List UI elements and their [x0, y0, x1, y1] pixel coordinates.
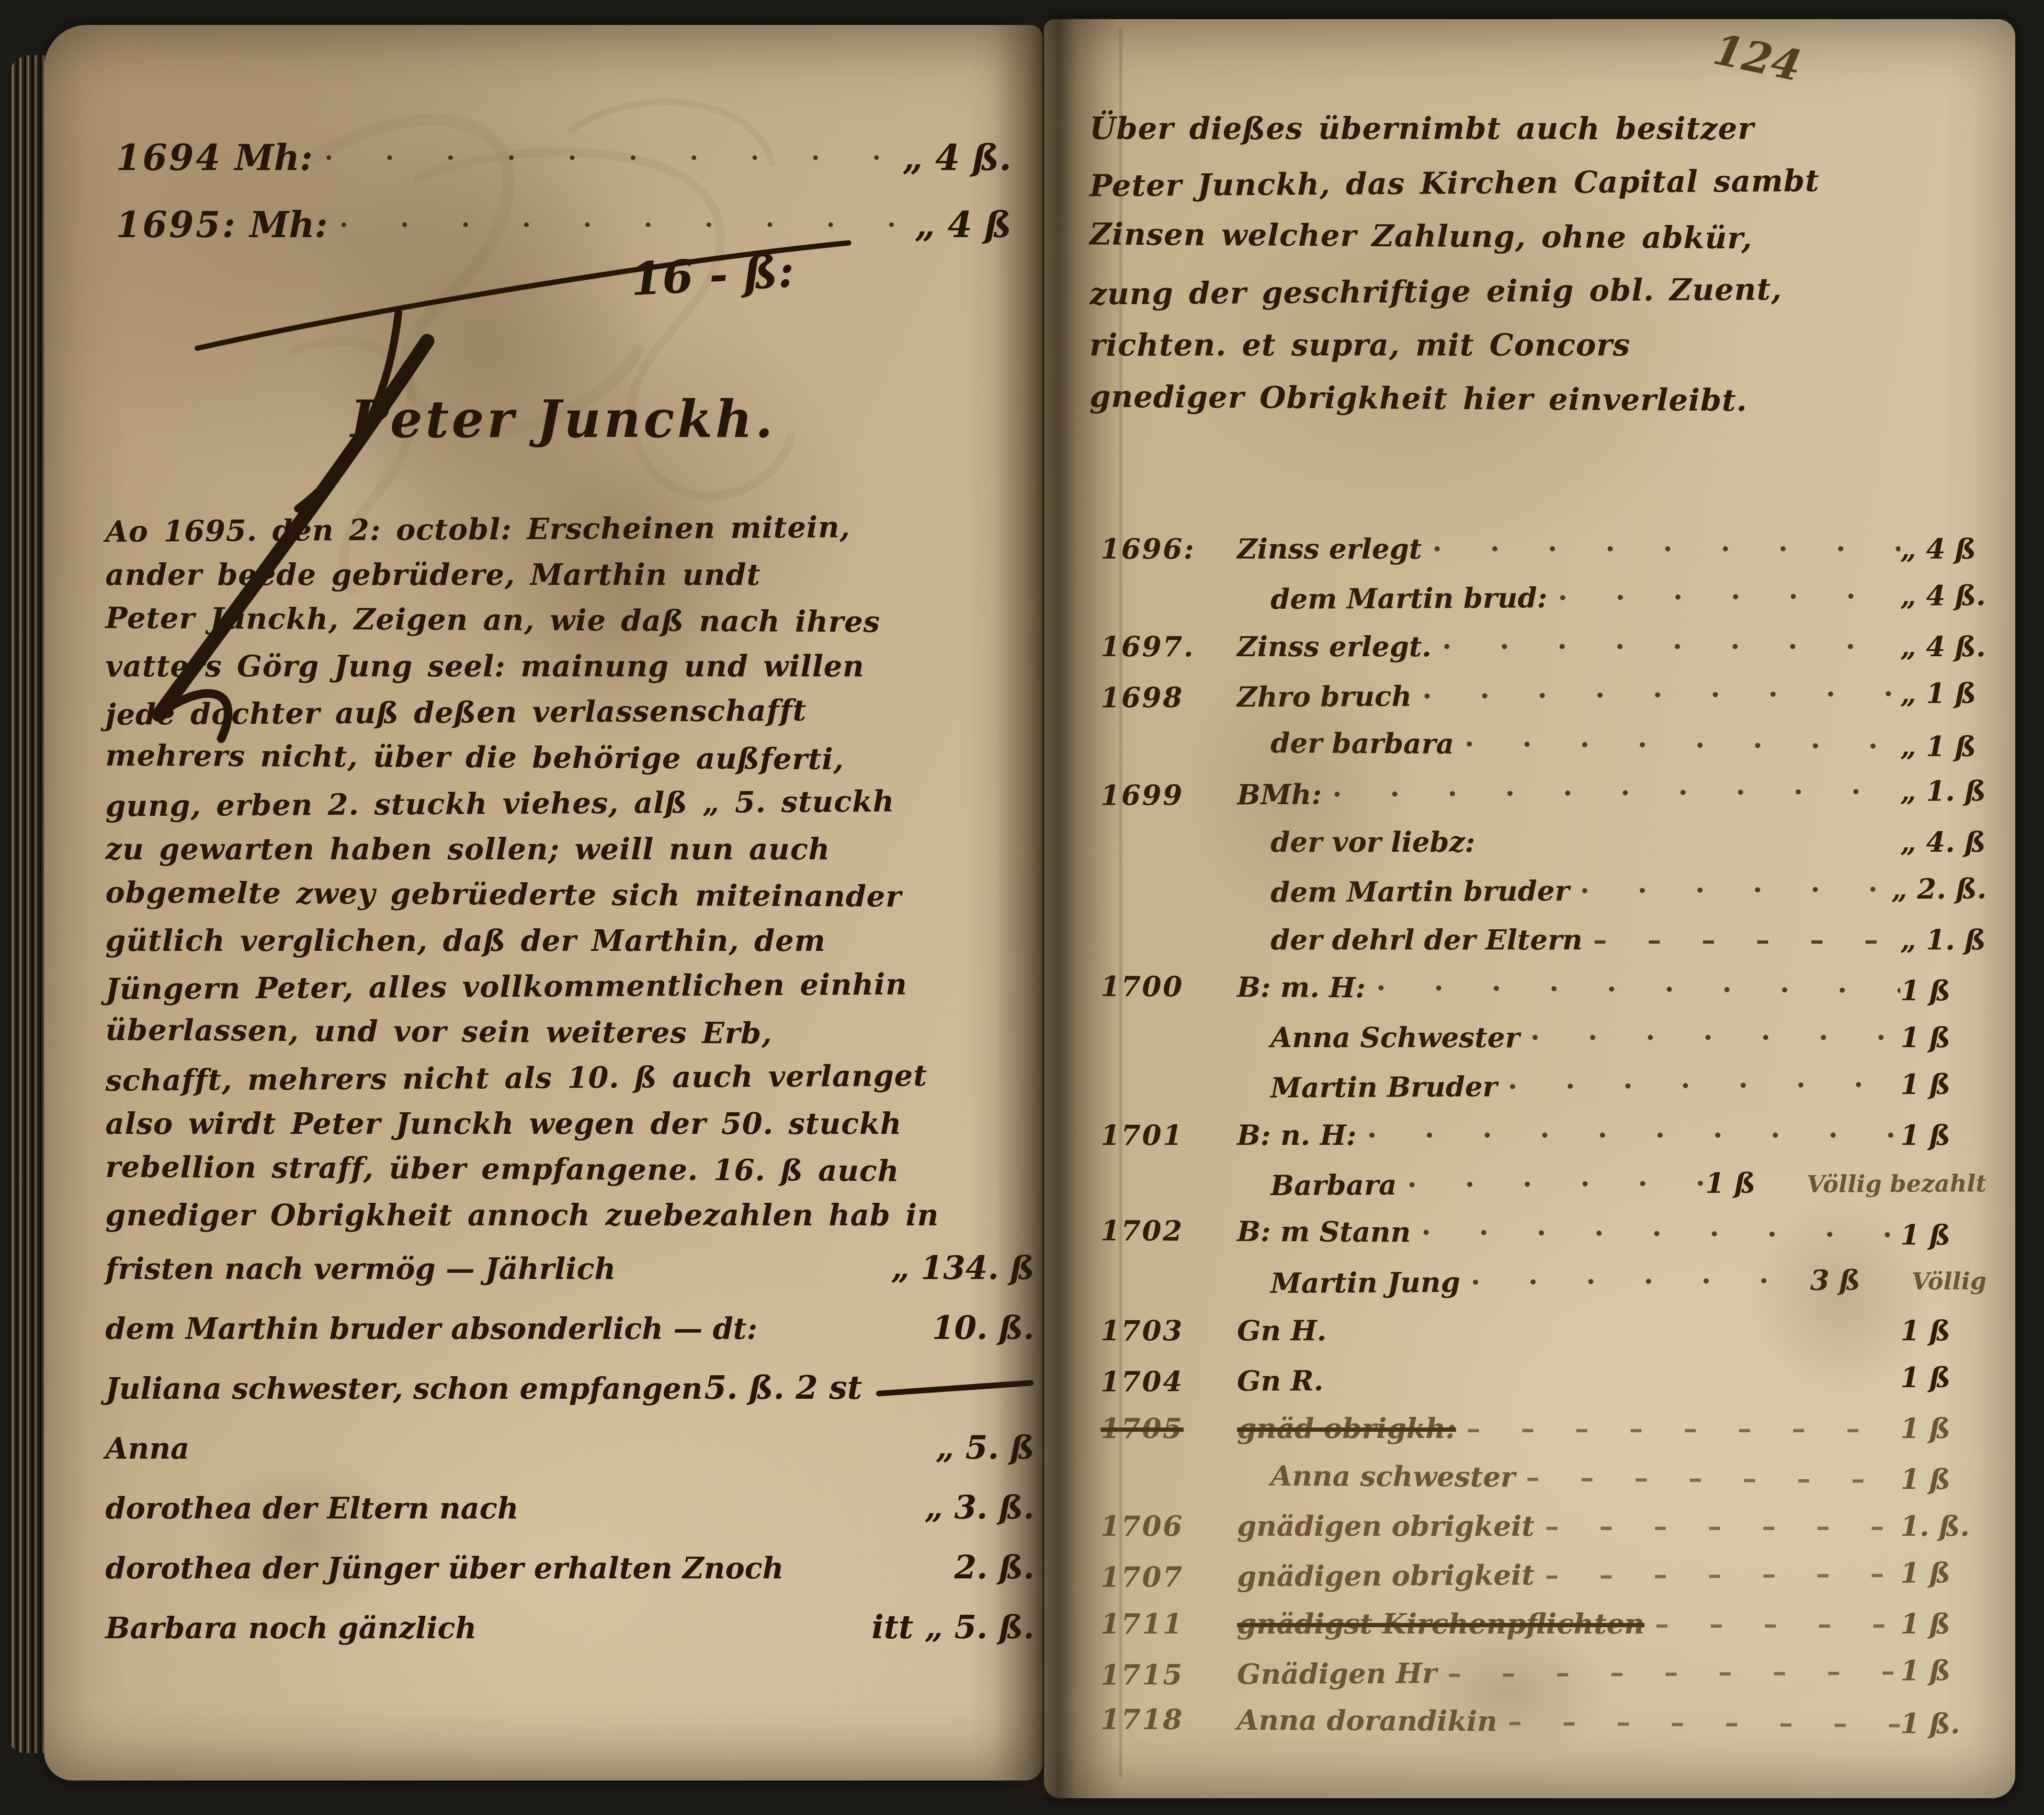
- page-number: 124: [1709, 24, 1806, 91]
- left-page: 1694Mh:„ 4 ß.1695:Mh:„ 4 ß 16 - ß: Peter…: [44, 25, 1043, 1781]
- entry-amount: 1 ß: [1900, 1463, 1987, 1496]
- entry-row: 1703Gn H.1 ß: [1101, 1314, 1987, 1347]
- dotted-leader: [1356, 1119, 1900, 1152]
- entry-amount: 1 ß: [1900, 1219, 1987, 1252]
- entry-label: der barbara: [1271, 727, 1454, 760]
- dotted-leader: [1460, 1264, 1810, 1299]
- dotted-leader: [1534, 1510, 1900, 1542]
- ledger-label: dorothea der Jünger über erhalten Znoch: [105, 1552, 784, 1586]
- entry-amount: „ 1 ß: [1900, 677, 1987, 710]
- entry-label: Gn H.: [1237, 1314, 1327, 1347]
- entry-amount: 1 ß: [1900, 1556, 1987, 1589]
- body-line: also wirdt Peter Junckh wegen der 50. st…: [105, 1101, 1032, 1147]
- right-entries-list: 1696:Zinss erlegt„ 4 ßdem Martin brud:„ …: [1101, 533, 1987, 1754]
- ledger-row: 1694Mh:„ 4 ß.: [116, 137, 1011, 179]
- entry-label: Martin Bruder: [1271, 1071, 1498, 1104]
- entry-row: 1696:Zinss erlegt„ 4 ß: [1101, 533, 1987, 565]
- sum-stroke: [876, 1380, 1034, 1397]
- entry-row: 1706gnädigen obrigkeit1. ß.: [1101, 1510, 1987, 1542]
- ledger-label: Mh:: [235, 137, 313, 179]
- entry-amount: „ 1 ß: [1900, 730, 1987, 763]
- entry-row: 1718Anna dorandikin1 ß.: [1101, 1703, 1987, 1740]
- entry-amount: 1 ß: [1900, 1412, 1987, 1445]
- right-page: 124 Über dießes übernimbt auch besitzerP…: [1044, 19, 2015, 1798]
- left-body-text: Ao 1695. den 2: octobl: Erscheinen mitei…: [105, 506, 1032, 1238]
- entry-label: B: m Stann: [1237, 1215, 1411, 1249]
- entry-label: Gnädigen Hr: [1237, 1657, 1437, 1690]
- ledger-amount: „ 134. ß: [891, 1249, 1034, 1287]
- entry-label: gnäd obrigkh:: [1237, 1412, 1456, 1445]
- ledger-amount: „ 5. ß: [936, 1428, 1034, 1466]
- entry-amount: 1 ß: [1900, 1021, 1987, 1054]
- entry-heading: Peter Junckh.: [351, 389, 776, 449]
- entry-amount: „ 4 ß: [1900, 533, 1987, 565]
- ledger-amount: „ 4 ß: [915, 205, 1011, 246]
- entry-row: dem Martin bruder„ 2. ß.: [1101, 872, 1987, 910]
- entry-label: gnädigen obrigkeit: [1237, 1510, 1534, 1542]
- dotted-leader: [1437, 1655, 1900, 1689]
- ledger-amount: „ 4 ß.: [902, 137, 1011, 179]
- dotted-leader: [1365, 971, 1900, 1007]
- body-line: zu gewarten haben sollen; weill nun auch: [105, 827, 1032, 873]
- dotted-leader: [1569, 873, 1892, 907]
- dotted-leader: [1411, 1216, 1901, 1251]
- ledger-row: dem Marthin bruder absonderlich — dt:10.…: [105, 1309, 1034, 1347]
- entry-row: der vor liebz:„ 4. ß: [1101, 826, 1987, 858]
- ledger-label: fristen nach vermög — Jährlich: [105, 1252, 616, 1286]
- ledger-row: Anna„ 5. ß: [105, 1428, 1034, 1466]
- entry-label: dem Martin bruder: [1271, 875, 1569, 909]
- entry-amount: 1 ß: [1900, 1608, 1987, 1640]
- entry-label: BMh:: [1237, 778, 1322, 811]
- body-line: jede dochter auß deßen verlassenschafft: [105, 686, 1033, 738]
- entry-amount: „ 4 ß.: [1900, 579, 1987, 612]
- body-line: überlassen, und vor sein weiteres Erb,: [105, 1007, 1032, 1058]
- dotted-leader: [1422, 533, 1900, 565]
- dotted-leader: [1582, 924, 1900, 956]
- entry-note: Völlig: [1912, 1267, 1987, 1295]
- entry-amount: 1 ß: [1900, 974, 1987, 1007]
- ledger-amount: 5. ß. 2 st: [704, 1369, 862, 1406]
- dotted-leader: [1497, 1068, 1900, 1103]
- right-intro-paragraph: Über dießes übernimbt auch besitzerPeter…: [1090, 102, 1980, 426]
- ledger-label: Anna: [105, 1432, 190, 1466]
- body-line: schafft, mehrers nicht als 10. ß auch ve…: [105, 1052, 1033, 1104]
- ledger-amount: 2. ß.: [954, 1548, 1035, 1586]
- ledger-year: 1694: [116, 137, 222, 179]
- entry-amount: 1 ß: [1900, 1119, 1987, 1152]
- entry-row: Martin Bruder1 ß: [1101, 1068, 1987, 1105]
- entry-row: Barbara1 ßVöllig bezahlt: [1101, 1165, 1987, 1203]
- body-line: obgemelte zwey gebrüederte sich miteinan…: [105, 870, 1032, 921]
- entry-amount: 1. ß.: [1900, 1510, 1987, 1542]
- body-line: mehrers nicht, über die behörige außfert…: [105, 732, 1032, 783]
- intro-line: zung der geschriftige einig obl. Zuent,: [1090, 261, 1981, 321]
- manuscript-book-scan: 1694Mh:„ 4 ß.1695:Mh:„ 4 ß 16 - ß: Peter…: [0, 0, 2044, 1815]
- entry-row: 1700B: m. H:1 ß: [1101, 970, 1987, 1007]
- ledger-label: Barbara noch gänzlich: [105, 1611, 477, 1645]
- entry-amount: „ 4 ß.: [1900, 630, 1987, 663]
- entry-amount: „ 1. ß: [1900, 924, 1987, 956]
- entry-label: Anna dorandikin: [1237, 1704, 1498, 1738]
- dotted-leader: [1412, 677, 1901, 712]
- entry-row: 1707gnädigen obrigkeit1 ß: [1101, 1556, 1987, 1594]
- dotted-leader: [1397, 1167, 1705, 1201]
- entry-row: 1699BMh:„ 1. ß: [1101, 775, 1987, 812]
- entry-amount: „ 4. ß: [1900, 826, 1987, 858]
- entry-row: Anna Schwester1 ß: [1101, 1021, 1987, 1054]
- intro-line: Zinsen welcher Zahlung, ohne abkür,: [1090, 207, 1981, 266]
- dotted-leader: [1515, 1461, 1900, 1495]
- body-line: gütlich verglichen, daß der Marthin, dem: [105, 918, 1032, 964]
- entry-amount: „ 1. ß: [1900, 775, 1987, 808]
- entry-row: 1711gnädigst Kirchenpflichten1 ß: [1101, 1608, 1987, 1640]
- body-line: Peter Junckh, Zeigen an, wie daß nach ih…: [105, 595, 1032, 646]
- body-line: Ao 1695. den 2: octobl: Erscheinen mitei…: [105, 503, 1033, 555]
- entry-row: 1701B: n. H:1 ß: [1101, 1119, 1987, 1152]
- entry-amount: 1 ß: [1900, 1314, 1987, 1347]
- entry-amount: 1 ß: [1900, 1361, 1987, 1394]
- dotted-leader: [1431, 630, 1900, 663]
- entry-label: Martin Jung: [1271, 1266, 1460, 1300]
- dotted-leader: [313, 137, 902, 179]
- left-bottom-ledger: fristen nach vermög — Jährlich„ 134. ßde…: [105, 1249, 1034, 1668]
- dotted-leader: [1322, 775, 1901, 810]
- entry-row: 1704Gn R.1 ß: [1101, 1361, 1987, 1398]
- entry-note: Völlig bezahlt: [1807, 1169, 1987, 1198]
- entry-row: der dehrl der Eltern„ 1. ß: [1101, 924, 1987, 956]
- entry-label: Zhro bruch: [1237, 680, 1412, 713]
- dotted-leader: [1534, 1557, 1900, 1591]
- intro-line: Über dießes übernimbt auch besitzer: [1090, 102, 1980, 156]
- entry-row: 1697.Zinss erlegt.„ 4 ß.: [1101, 630, 1987, 663]
- ledger-amount: 10. ß.: [932, 1309, 1034, 1347]
- entry-row: 1698Zhro bruch„ 1 ß: [1101, 677, 1987, 714]
- entry-amount: 1 ß: [1900, 1068, 1987, 1101]
- dotted-leader: [1497, 1705, 1900, 1739]
- entry-label: der vor liebz:: [1271, 826, 1475, 858]
- entry-label: B: n. H:: [1237, 1119, 1356, 1152]
- dotted-leader: [1547, 580, 1901, 614]
- entry-row: dem Martin brud:„ 4 ß.: [1101, 579, 1987, 616]
- dotted-leader: [1456, 1412, 1900, 1445]
- ledger-row: Juliana schwester, schon empfangen5. ß. …: [105, 1369, 1034, 1406]
- entry-amount: 1 ß: [1900, 1654, 1987, 1687]
- body-line: ander beede gebrüdere, Marthin undt: [105, 552, 1032, 598]
- ledger-row: dorothea der Eltern nach„ 3. ß.: [105, 1488, 1034, 1526]
- entry-label: Barbara: [1271, 1169, 1397, 1202]
- body-line: gnediger Obrigkheit annoch zuebezahlen h…: [105, 1193, 1032, 1239]
- intro-line: richten. et supra, mit Concors: [1090, 318, 1980, 372]
- body-line: Jüngern Peter, alles vollkommentlichen e…: [105, 961, 1033, 1012]
- ledger-row: Barbara noch gänzlichitt „ 5. ß.: [105, 1608, 1034, 1646]
- entry-row: 1702B: m Stann1 ß: [1101, 1214, 1987, 1252]
- ledger-label: dem Marthin bruder absonderlich — dt:: [105, 1312, 758, 1346]
- dotted-leader: [1454, 728, 1900, 763]
- entry-amount: „ 2. ß.: [1891, 872, 1987, 905]
- ledger-amount: itt „ 5. ß.: [872, 1608, 1034, 1646]
- page-fold-crease: [1120, 29, 1122, 1777]
- ledger-row: dorothea der Jünger über erhalten Znoch2…: [105, 1548, 1034, 1586]
- ledger-amount: „ 3. ß.: [925, 1488, 1034, 1526]
- left-total-amount: 16 - ß:: [629, 245, 795, 306]
- entry-label: der dehrl der Eltern: [1271, 924, 1582, 956]
- entry-row: Anna schwester1 ß: [1101, 1459, 1987, 1496]
- body-line: vatters Görg Jung seel: mainung und will…: [105, 644, 1032, 690]
- entry-label: Anna Schwester: [1271, 1021, 1520, 1054]
- entry-label: Zinss erlegt: [1237, 533, 1422, 565]
- entry-label: Gn R.: [1237, 1364, 1324, 1397]
- ledger-row: fristen nach vermög — Jährlich„ 134. ß: [105, 1249, 1034, 1287]
- entry-label: dem Martin brud:: [1271, 582, 1547, 616]
- ledger-label: dorothea der Eltern nach: [105, 1492, 519, 1526]
- entry-label: B: m. H:: [1237, 971, 1366, 1004]
- body-line: rebellion straff, über empfangene. 16. ß…: [105, 1144, 1032, 1195]
- entry-label: Anna schwester: [1271, 1460, 1515, 1494]
- dotted-leader: [1645, 1608, 1900, 1640]
- entry-row: der barbara„ 1 ß: [1101, 726, 1987, 763]
- intro-line: gnediger Obrigkheit hier einverleibt.: [1090, 369, 1981, 429]
- entry-row: Martin Jung3 ßVöllig: [1101, 1263, 1987, 1301]
- dotted-leader: [1323, 1387, 1900, 1390]
- entry-label: gnädigen obrigkeit: [1237, 1559, 1534, 1593]
- entry-row: 1705gnäd obrigkh:1 ß: [1101, 1412, 1987, 1445]
- body-line: gung, erben 2. stuckh viehes, alß „ 5. s…: [105, 778, 1033, 829]
- entry-amount: 1 ß: [1705, 1166, 1792, 1199]
- entry-label: Zinss erlegt.: [1237, 630, 1431, 663]
- heading-block: Peter Junckh.: [145, 355, 863, 509]
- entry-amount: 3 ß: [1810, 1264, 1896, 1297]
- ledger-label: Juliana schwester, schon empfangen: [105, 1372, 703, 1406]
- intro-line: Peter Junckh, das Kirchen Capital sambt: [1090, 153, 1981, 213]
- entry-amount: 1 ß.: [1900, 1707, 1987, 1740]
- entry-row: 1715Gnädigen Hr1 ß: [1101, 1654, 1987, 1691]
- dotted-leader: [1520, 1021, 1900, 1054]
- entry-label: gnädigst Kirchenpflichten: [1237, 1608, 1645, 1640]
